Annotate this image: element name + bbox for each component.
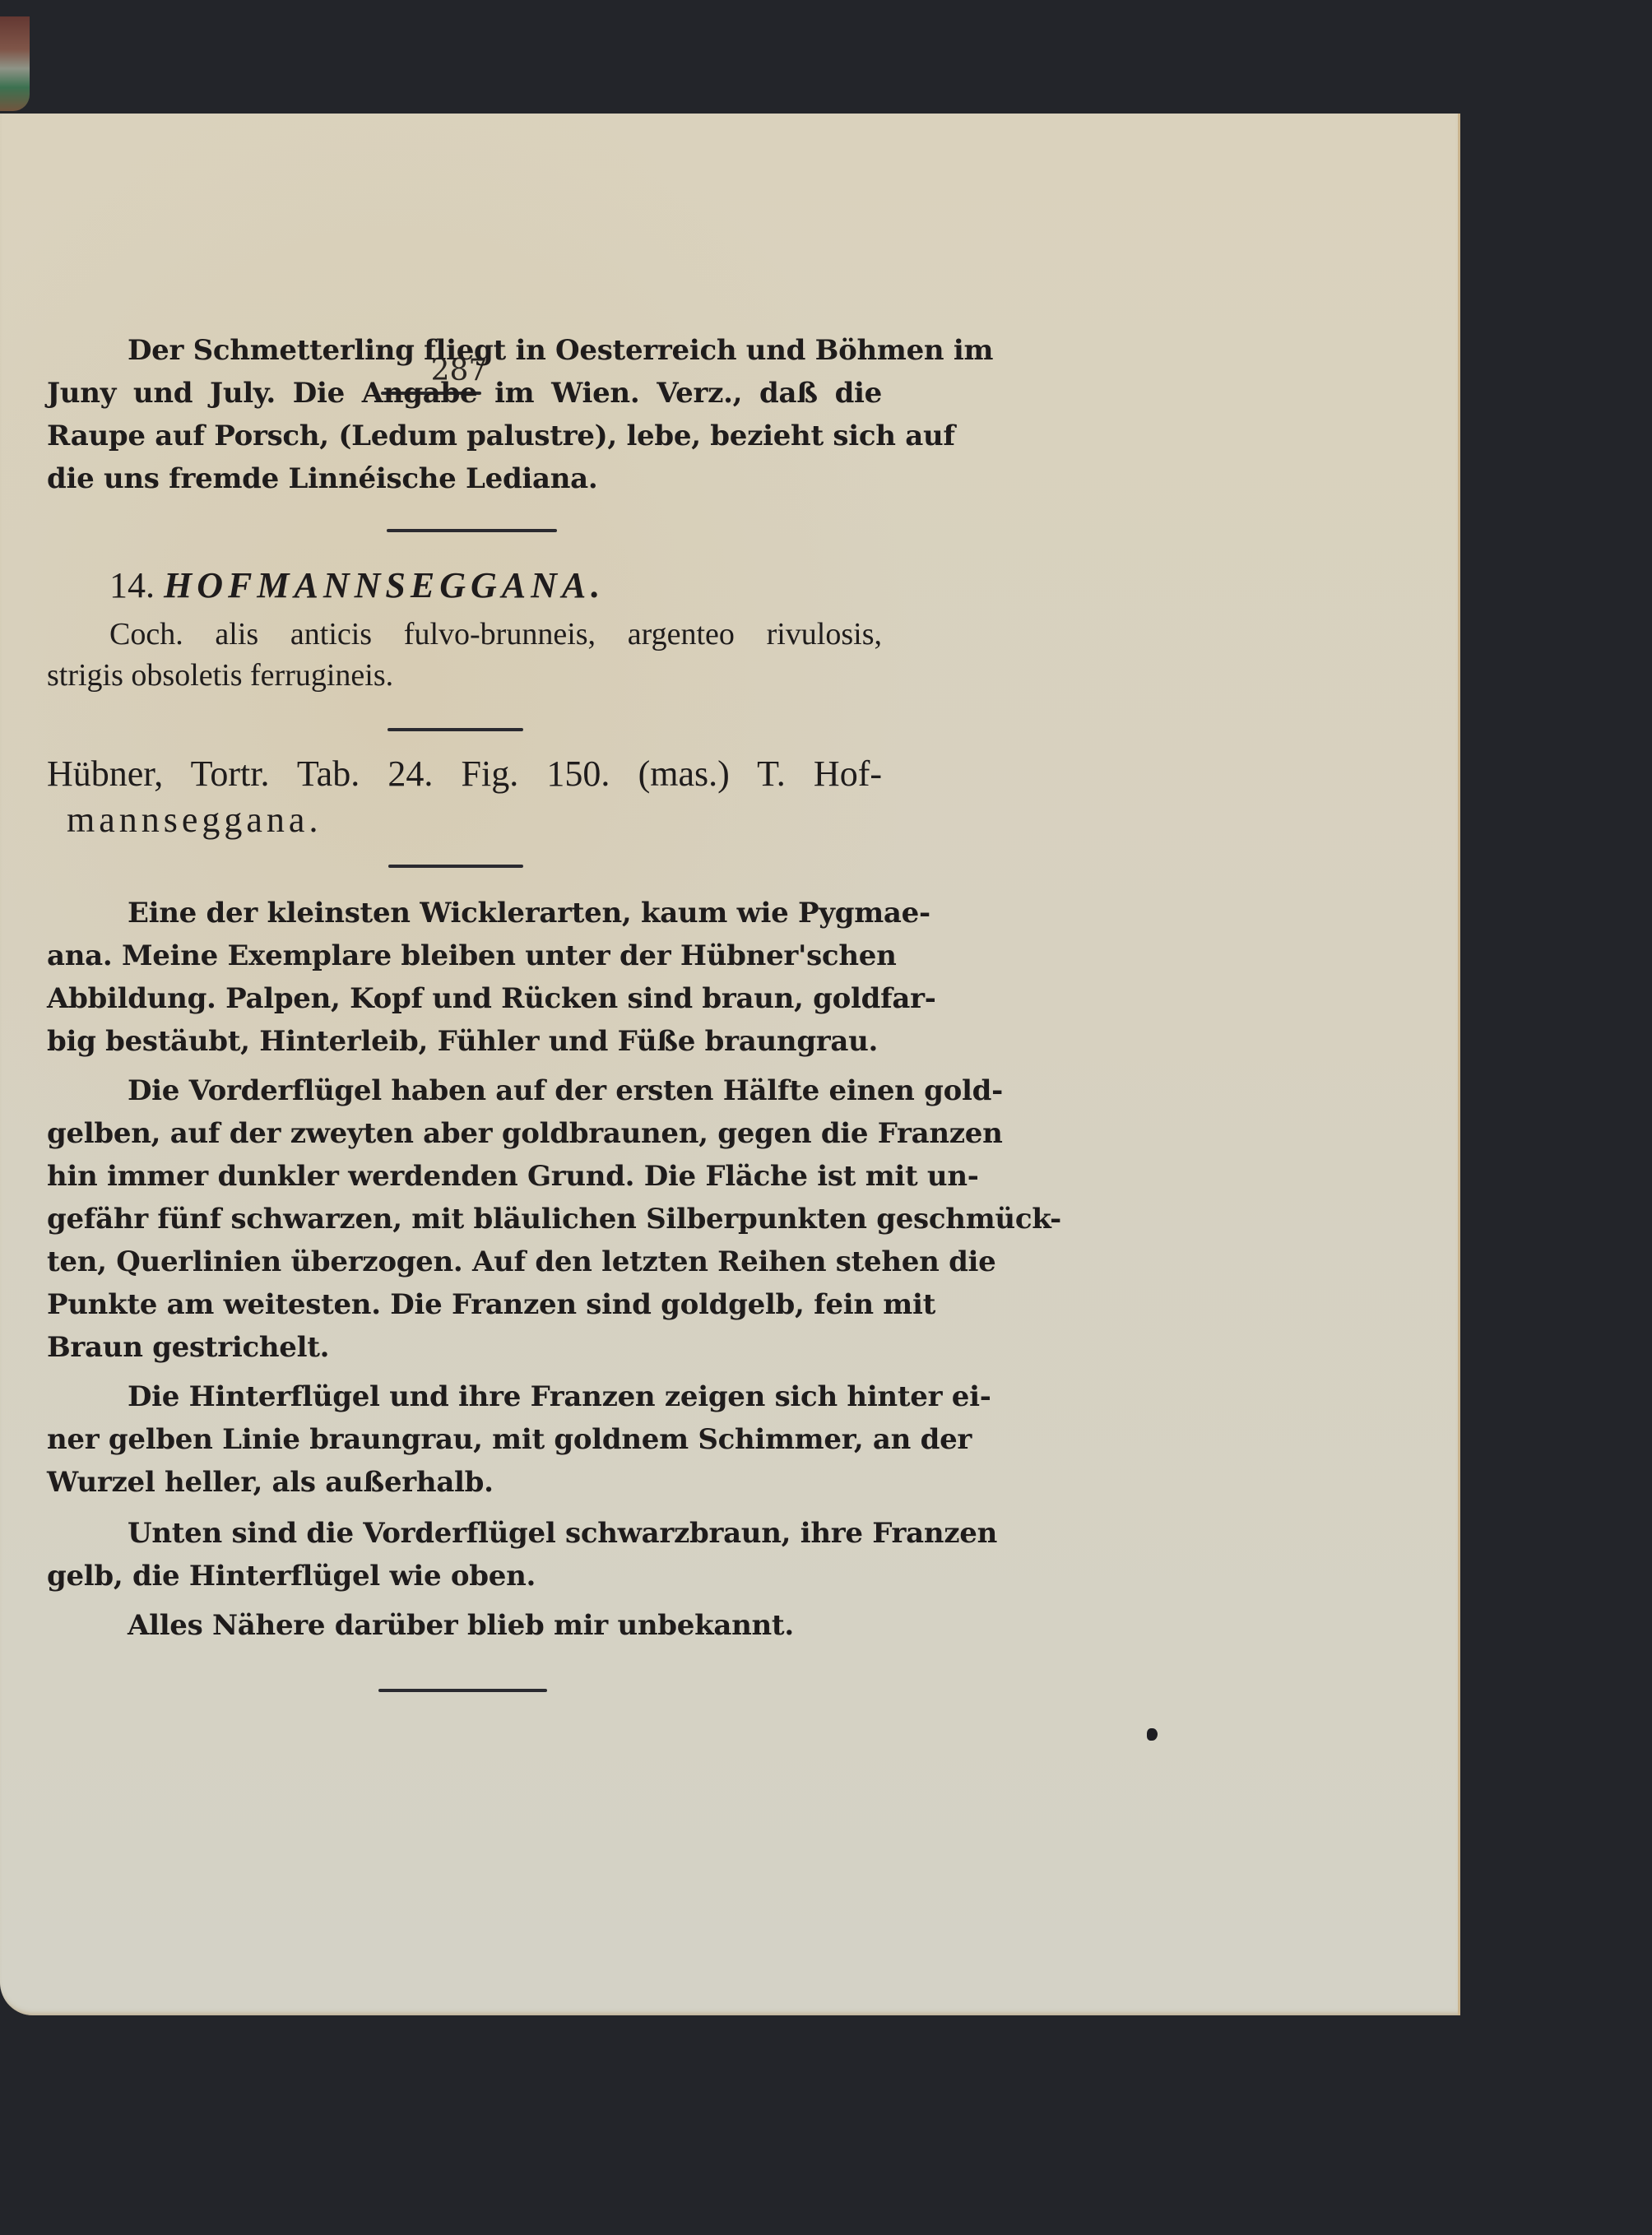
text-line: gefähr fünf schwarzen, mit bläulichen Si… <box>47 1198 882 1240</box>
species-number: 14. <box>109 565 155 605</box>
description-paragraph: Die Hinterflügel und ihre Franzen zeigen… <box>47 1375 882 1504</box>
book-page: 287 Der Schmetterling fliegt in Oesterre… <box>0 114 1460 2015</box>
text-line: gelb, die Hinterflügel wie oben. <box>47 1555 882 1597</box>
section-divider <box>387 728 523 731</box>
text-line: mannseggana. <box>47 797 882 843</box>
species-heading: 14. HOFMANNSEGGANA. <box>109 564 605 606</box>
section-divider <box>387 529 557 532</box>
description-paragraph: Unten sind die Vorderflügel schwarzbraun… <box>47 1512 882 1597</box>
species-name: HOFMANNSEGGANA. <box>164 565 605 605</box>
literature-reference: Hübner, Tortr. Tab. 24. Fig. 150. (mas.)… <box>47 751 882 843</box>
text-line: ner gelben Linie braungrau, mit goldnem … <box>47 1418 882 1461</box>
text-line: Abbildung. Palpen, Kopf und Rücken sind … <box>47 977 882 1020</box>
text-line: ten, Querlinien überzogen. Auf den letzt… <box>47 1240 882 1283</box>
section-divider <box>388 865 523 868</box>
book-spine-edge <box>0 16 30 111</box>
text-line: Braun gestrichelt. <box>47 1326 882 1369</box>
text-line: Unten sind die Vorderflügel schwarzbraun… <box>47 1512 882 1555</box>
text-line: Der Schmetterling fliegt in Oesterreich … <box>47 329 882 372</box>
text-line: Juny und July. Die Angabe im Wien. Verz.… <box>47 372 882 415</box>
text-line: Die Hinterflügel und ihre Franzen zeigen… <box>47 1375 882 1418</box>
description-paragraph: Eine der kleinsten Wicklerarten, kaum wi… <box>47 892 882 1063</box>
text-line: Die Vorderflügel haben auf der ersten Hä… <box>47 1069 882 1112</box>
text-line: big bestäubt, Hinterleib, Fühler und Füß… <box>47 1020 882 1063</box>
text-line: gelben, auf der zweyten aber goldbraunen… <box>47 1112 882 1155</box>
intro-paragraph: Der Schmetterling fliegt in Oesterreich … <box>47 329 882 500</box>
text-line: ana. Meine Exemplare bleiben unter der H… <box>47 934 882 977</box>
text-line: Wurzel heller, als außerhalb. <box>47 1461 882 1504</box>
text-line: Raupe auf Porsch, (Ledum palustre), lebe… <box>47 415 882 457</box>
text-line: strigis obsoletis ferrugineis. <box>47 655 882 696</box>
text-line: Alles Nähere darüber blieb mir unbekannt… <box>47 1604 882 1647</box>
text-line: hin immer dunkler werdenden Grund. Die F… <box>47 1155 882 1198</box>
end-divider <box>378 1689 547 1692</box>
description-paragraph: Die Vorderflügel haben auf der ersten Hä… <box>47 1069 882 1369</box>
text-line: Eine der kleinsten Wicklerarten, kaum wi… <box>47 892 882 934</box>
paper-blemish <box>1147 1728 1158 1741</box>
text-line: Coch. alis anticis fulvo-brunneis, argen… <box>47 614 882 655</box>
text-line: die uns fremde Linnéische Lediana. <box>47 457 882 500</box>
description-paragraph: Alles Nähere darüber blieb mir unbekannt… <box>47 1604 882 1647</box>
text-line: Punkte am weitesten. Die Franzen sind go… <box>47 1283 882 1326</box>
latin-diagnosis: Coch. alis anticis fulvo-brunneis, argen… <box>47 614 882 696</box>
text-line: Hübner, Tortr. Tab. 24. Fig. 150. (mas.)… <box>47 751 882 797</box>
